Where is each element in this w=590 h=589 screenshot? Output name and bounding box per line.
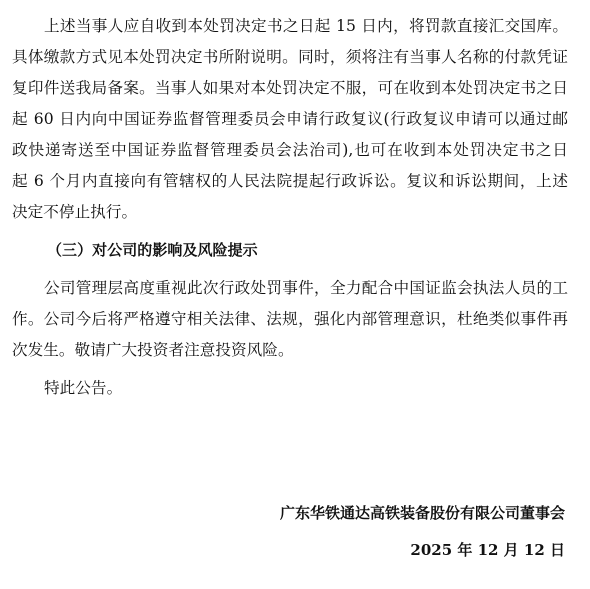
paragraph-1-line-1: 上述当事人应自收到本处罚决定书之日起 15 日内，将罚款直接汇交国库。 — [44, 16, 568, 36]
section-heading: （三）对公司的影响及风险提示 — [47, 240, 590, 260]
signature-company: 广东华铁通达高铁装备股份有限公司董事会 — [280, 503, 565, 523]
paragraph-1-line-2: 具体缴款方式见本处罚决定书所附说明。同时，须将注有当事人名称的付款凭证 — [12, 47, 568, 67]
paragraph-1-line-5: 政快递寄送至中国证券监督管理委员会法治司),也可在收到本处罚决定书之日 — [12, 140, 568, 160]
paragraph-2-line-3: 次发生。敬请广大投资者注意投资风险。 — [12, 340, 568, 360]
paragraph-2-line-2: 作。公司今后将严格遵守相关法律、法规，强化内部管理意识，杜绝类似事件再 — [12, 309, 568, 329]
paragraph-2-line-1: 公司管理层高度重视此次行政处罚事件，全力配合中国证监会执法人员的工 — [44, 278, 568, 298]
signature-date: 2025 年 12 月 12 日 — [410, 540, 565, 560]
paragraph-1-line-3: 复印件送我局备案。当事人如果对本处罚决定不服，可在收到本处罚决定书之日 — [12, 78, 568, 98]
document-page: 上述当事人应自收到本处罚决定书之日起 15 日内，将罚款直接汇交国库。 具体缴款… — [0, 0, 590, 589]
paragraph-1-line-6: 起 6 个月内直接向有管辖权的人民法院提起行政诉讼。复议和诉讼期间，上述 — [12, 171, 568, 191]
paragraph-1-line-4: 起 60 日内向中国证券监督管理委员会申请行政复议(行政复议申请可以通过邮 — [12, 109, 568, 129]
paragraph-1-line-7: 决定不停止执行。 — [12, 202, 568, 222]
closing-text: 特此公告。 — [44, 378, 568, 398]
